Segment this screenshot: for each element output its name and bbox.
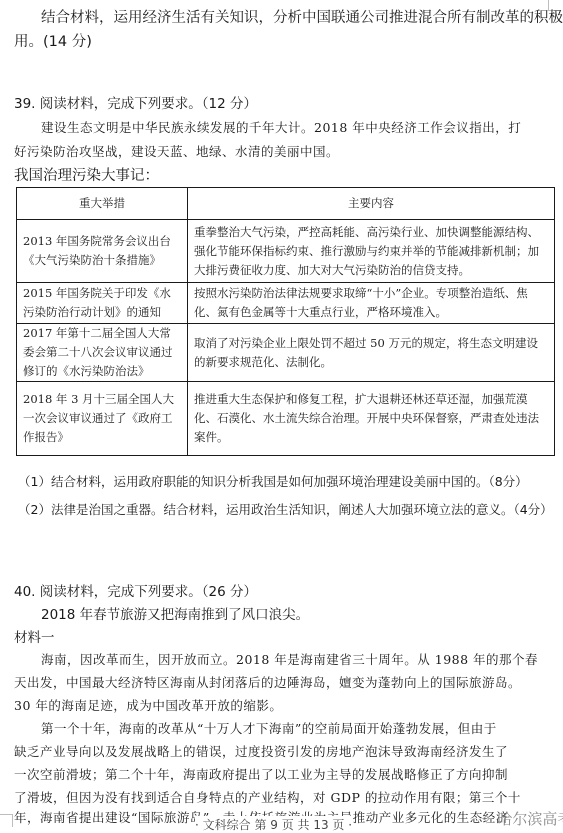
header-measure: 重大举措 [17, 188, 188, 220]
row-measure: 2018 年 3 月十三届全国人大一次会议审议通过了《政府工作报告》 [17, 382, 188, 456]
q40-lead: 2018 年春节旅游又把海南推到了风口浪尖。 [41, 603, 309, 623]
row-content: 取消了对污染企业上限处罚不超过 50 万元的规定，将生态文明建设的新要求规范化、… [188, 324, 555, 382]
header-content: 主要内容 [188, 188, 555, 220]
row-content: 推进重大生态保护和修复工程，扩大退耕还林还草还湿，加强荒漠化、石漠化、水土流失综… [188, 382, 555, 456]
table-row: 2017 年第十二届全国人大常委会第二十八次会议审议通过修订的《水污染防治法》 … [17, 324, 555, 382]
table-header-row: 重大举措 主要内容 [17, 188, 555, 220]
pollution-events-table: 重大举措 主要内容 2013 年国务院常务会议出台《大气污染防治十条措施》 重拳… [16, 187, 555, 456]
table-row: 2018 年 3 月十三届全国人大一次会议审议通过了《政府工作报告》 推进重大生… [17, 382, 555, 456]
para2-line-2: 缺乏产业导向以及发展战略上的错误，过度投资引发的房地产泡沫导致海南经济发生了 [14, 742, 508, 760]
watermark-text: 哈尔滨高考 [497, 810, 563, 828]
q38-line-1: 结合材料，运用经济生活有关知识，分析中国联通公司推进混合所有制改革的积极作 [41, 6, 563, 27]
corner-mark-bottom-left [0, 814, 13, 827]
material-label: 材料一 [14, 626, 55, 646]
q39-subquestion-2: （2）法律是治国之重器。结合材料，运用政治生活知识，阐述人大加强环境立法的意义。… [18, 500, 553, 518]
para1-line-2: 天出发，中国最大经济特区海南从封闭落后的边陲海岛，嬗变为蓬勃向上的国际旅游岛。 [14, 673, 521, 691]
watermark-logo-icon: ✧ [480, 810, 497, 828]
para2-line-4: 了滑坡，但因为没有找到适合自身特点的产业结构，对 GDP 的拉动作用有限；第三个… [14, 788, 521, 806]
q39-subquestion-1: （1）结合材料，运用政府职能的知识分析我国是如何加强环境治理建设美丽中国的。（8… [18, 472, 528, 490]
table-caption: 我国治理污染大事记： [14, 164, 159, 185]
para1-line-3: 30 年的海南足迹，成为中国改革开放的缩影。 [14, 696, 282, 714]
q40-title: 40. 阅读材料，完成下列要求。（26 分） [14, 580, 257, 600]
para1-line-1: 海南，因改革而生，因开放而立。2018 年是海南建省三十周年。从 1988 年的… [41, 650, 538, 668]
row-measure: 2015 年国务院关于印发《水污染防治行动计划》的通知 [17, 283, 188, 324]
para2-line-1: 第一个十年，海南的改革从“十万人才下海南”的空前局面开始蓬勃发展，但由于 [41, 719, 497, 737]
row-measure: 2017 年第十二届全国人大常委会第二十八次会议审议通过修订的《水污染防治法》 [17, 324, 188, 382]
watermark: ✧ 哈尔滨高考 [480, 808, 563, 829]
para2-line-3: 一次空前滑坡；第二个十年，海南政府提出了以工业为主导的发展战略修正了方向抑制 [14, 765, 508, 783]
row-content: 重拳整治大气污染，严控高耗能、高污染行业、加快调整能源结构、强化节能环保指标约束… [188, 220, 555, 283]
q39-title: 39. 阅读材料，完成下列要求。（12 分） [14, 92, 257, 112]
row-measure: 2013 年国务院常务会议出台《大气污染防治十条措施》 [17, 220, 188, 283]
q39-intro-line-2: 好污染防治攻坚战，建设天蓝、地绿、水清的美丽中国。 [14, 142, 339, 160]
table-row: 2013 年国务院常务会议出台《大气污染防治十条措施》 重拳整治大气污染，严控高… [17, 220, 555, 283]
q38-line-2: 用。(14 分) [14, 30, 92, 51]
q39-intro-line-1: 建设生态文明是中华民族永续发展的千年大计。2018 年中央经济工作会议指出，打 [41, 118, 521, 136]
row-content: 按照水污染防治法律法规要求取缔“十小”企业。专项整治造纸、焦化、氮有色金属等十大… [188, 283, 555, 324]
page-number: · 文科综合 第 9 页 共 13 页 · [195, 816, 352, 833]
table-row: 2015 年国务院关于印发《水污染防治行动计划》的通知 按照水污染防治法律法规要… [17, 283, 555, 324]
